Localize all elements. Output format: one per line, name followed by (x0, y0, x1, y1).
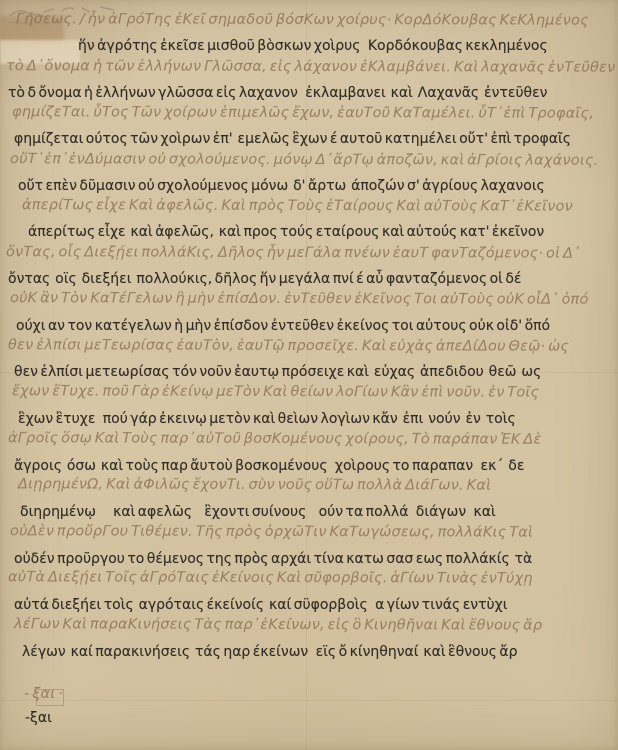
manuscript-line: Γήσεως. / ἦν ἀΓρόΤης ἐΚεῖ σημαδοῦ βόσΚων… (16, 11, 589, 30)
manuscript-line: αὐΤὰ Διεξῄει Τοῖς ἀΓρόΤαις ἐΚείνοις Καὶ … (8, 569, 533, 588)
manuscript-line: οὐΚ ἂν Τὸν ΚαΤέΓελων ἢ μὴν ἐπίσΔον. ἐνΤε… (10, 290, 589, 309)
manuscript-line: λέΓων Καὶ παραΚινήσεις Τὰς παρ᾽ἐΚείνων, … (14, 616, 542, 635)
transcription-line: τὸ δ ὄνομα ἡ ἑλλήνων γλῶσσα εἰς λαχανον … (8, 85, 548, 102)
transcription-line: ἒχων ἒτυχε πού γάρ ἐκεινῳ μετὸν καὶ θεὶω… (18, 411, 516, 428)
transcription-line: ἥν ἀγρότης ἐκεῖσε μισθοῦ βὸσκων χοὶρυς Κ… (78, 38, 548, 55)
transcription-line: φημίζεται ούτος τῶν χοὶρων ἐπ' εμελῶς ἒχ… (14, 131, 571, 148)
manuscript-line: οὐΔὲν προὔρΓου Τιθέμεν. Τῆς πρὸς ὀρχῶΤιν… (10, 523, 533, 542)
transcription-line: θεν ἐλπίσι μετεωρίσας τόν νοῦν ἑαυτῳ πρό… (14, 364, 541, 381)
manuscript-line: ΔιῃρημένΩ, Καὶ ἀΦιλῶς ἔχονΤι. σὺν νοῦς ο… (18, 476, 491, 495)
transcription-line: αὐτά διεξήει τοὶς αγρόταις έκείνοίς καί … (14, 597, 507, 614)
transcription-line: διηρημένῳ καὶ αφελῶς ἒχοντι συίνους ούν … (20, 504, 496, 521)
manuscript-line: ἀπερίΤως εἶχε Καὶ ἀφελῶς. Καὶ πρὸς Τοὺς … (22, 197, 573, 216)
manuscript-line: οὔΤ᾽ἐπ᾽ἐνΔύμασιν οὐ σχολούμενος. μόνῳ Δ᾽… (10, 151, 599, 170)
manuscript-line: τὸ Δ᾽ὄνομα ἡ τῶν ἑλλήνων Γλῶσσα, εἰς λάχ… (6, 58, 615, 77)
manuscript-line: ὄνΤας, οἷς Διεξῄει πολλάΚις, Δῆλος ἦν με… (6, 244, 581, 263)
paper-crease (0, 700, 618, 701)
transcription-line: λέγων καί παρακινήσεις τάς ηαρ έκείνων ε… (22, 644, 517, 661)
transcription-line: οὔτ επὲν δῦμασιν οὐ σχολούμενος μόνω δ' … (18, 178, 545, 195)
manuscript-line: φημίζεΤαι. ὗΤος Τῶν χοίρων ἐπιμελῶς ἔχων… (12, 104, 594, 123)
transcription-line: -ξαι (25, 710, 52, 727)
pencil-box-mark (36, 689, 64, 706)
manuscript-line: θεν ἐλπίσι μεΤεωρίσας ἑαυΤὸν, ἑαυΤῷ προσ… (8, 337, 569, 356)
transcription-line: άπερίτως εἶχε καὶ ἀφελῶς, καὶ προς τούς … (28, 224, 544, 241)
transcription-line: οὐδέν προῦργου το θέμενος της πρὸς αρχάι… (14, 551, 532, 568)
manuscript-line: ἀΓροῖς ὅσῳ Καὶ Τοὺς παρ᾽αὐΤοῦ βοσΚομένου… (8, 430, 542, 449)
manuscript-page: Γήσεως. / ἦν ἀΓρόΤης ἐΚεῖ σημαδοῦ βόσΚων… (0, 0, 618, 750)
transcription-line: ούχι αν τον κατέγελων ὴ μὴν ἐπίσδον ἐντε… (16, 318, 550, 335)
manuscript-line: ἔχων ἔΤυχε. ποῦ Γὰρ ἐΚείνῳ μεΤὸν Καὶ θεί… (12, 383, 539, 402)
transcription-line: ὄντας οϊς διεξήει πολλούκις, δῆλος ἥν με… (8, 271, 522, 288)
transcription-line: ἄγροις όσω καὶ τοὺς παρ ἄυτοὺ βοσκομένου… (14, 458, 524, 475)
